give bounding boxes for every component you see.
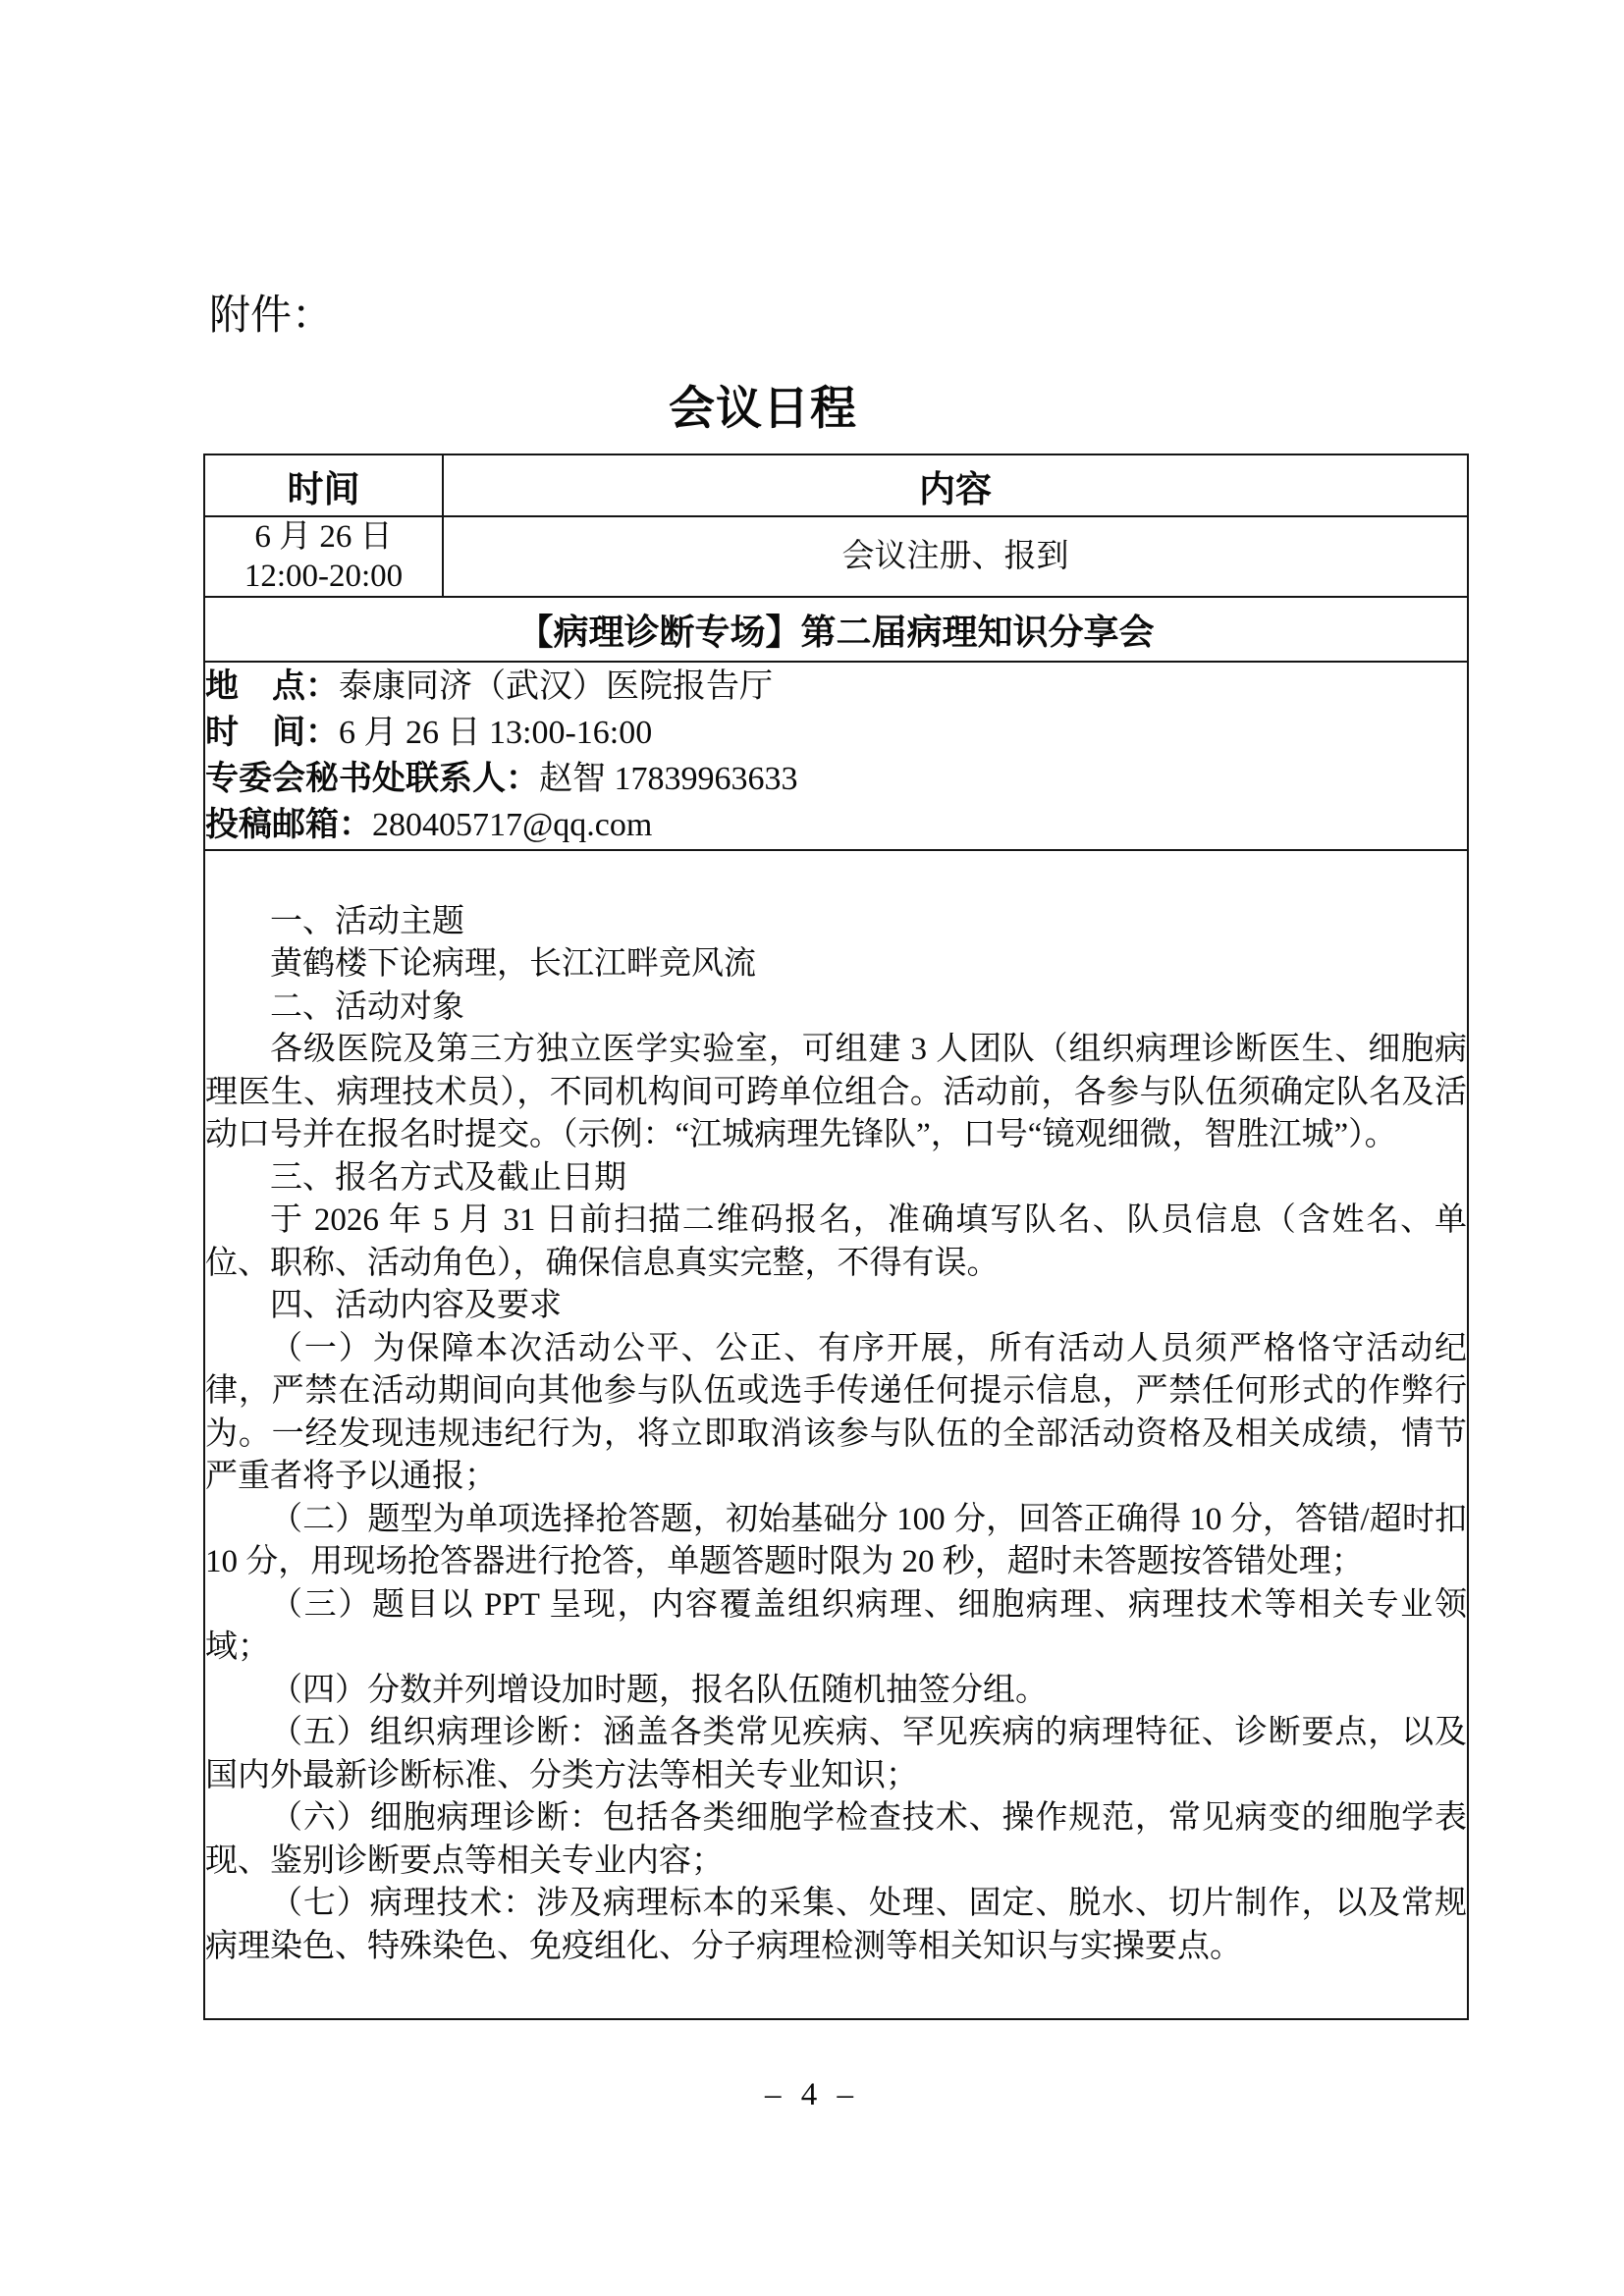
- session-header: 【病理诊断专场】第二届病理知识分享会: [204, 597, 1468, 662]
- registration-time-cell: 6 月 26 日 12:00-20:00: [204, 516, 443, 597]
- info-line-contact: 专委会秘书处联系人：赵智 17839963633: [205, 756, 1467, 802]
- registration-date: 6 月 26 日: [205, 517, 442, 557]
- email-value: 280405717@qq.com: [372, 807, 652, 843]
- column-header-content: 内容: [443, 454, 1468, 516]
- session-info-row: 地 点：泰康同济（武汉）医院报告厅 时 间：6 月 26 日 13:00-16:…: [204, 662, 1468, 850]
- location-value: 泰康同济（武汉）医院报告厅: [339, 668, 773, 705]
- page-number: – 4 –: [0, 2077, 1624, 2113]
- email-label: 投稿邮箱：: [205, 806, 372, 843]
- info-line-email: 投稿邮箱：280405717@qq.com: [205, 802, 1467, 848]
- info-line-location: 地 点：泰康同济（武汉）医院报告厅: [205, 664, 1467, 710]
- session-info-cell: 地 点：泰康同济（武汉）医院报告厅 时 间：6 月 26 日 13:00-16:…: [204, 662, 1468, 850]
- time-value: 6 月 26 日 13:00-16:00: [339, 715, 652, 751]
- registration-time-range: 12:00-20:00: [205, 557, 442, 596]
- table-header-row: 时间 内容: [204, 454, 1468, 516]
- location-label: 地 点：: [205, 667, 339, 705]
- registration-content-cell: 会议注册、报到: [443, 516, 1468, 597]
- session-body-cell: 一、活动主题 黄鹤楼下论病理，长江江畔竞风流 二、活动对象 各级医院及第三方独立…: [204, 850, 1468, 2019]
- session-body-row: 一、活动主题 黄鹤楼下论病理，长江江畔竞风流 二、活动对象 各级医院及第三方独立…: [204, 850, 1468, 2019]
- column-header-time: 时间: [204, 454, 443, 516]
- body-paragraph: 于 2026 年 5 月 31 日前扫描二维码报名，准确填写队名、队员信息（含姓…: [205, 1200, 1467, 1285]
- body-paragraph: （七）病理技术：涉及病理标本的采集、处理、固定、脱水、切片制作，以及常规病理染色…: [205, 1883, 1467, 1968]
- body-paragraph: 黄鹤楼下论病理，长江江畔竞风流: [205, 943, 1467, 987]
- body-paragraph: （四）分数并列增设加时题，报名队伍随机抽签分组。: [205, 1670, 1467, 1713]
- contact-value: 赵智 17839963633: [539, 761, 798, 797]
- body-paragraph: 一、活动主题: [205, 901, 1467, 944]
- body-paragraph: 四、活动内容及要求: [205, 1285, 1467, 1328]
- document-page: 附件： 会议日程 时间 内容 6 月 26 日 12:00-20:00 会议注册…: [0, 0, 1624, 2296]
- agenda-table: 时间 内容 6 月 26 日 12:00-20:00 会议注册、报到 【病理诊断…: [203, 454, 1469, 2020]
- body-paragraph: （三）题目以 PPT 呈现，内容覆盖组织病理、细胞病理、病理技术等相关专业领域；: [205, 1584, 1467, 1670]
- body-paragraph: （六）细胞病理诊断：包括各类细胞学检查技术、操作规范，常见病变的细胞学表现、鉴别…: [205, 1797, 1467, 1883]
- session-header-row: 【病理诊断专场】第二届病理知识分享会: [204, 597, 1468, 662]
- registration-row: 6 月 26 日 12:00-20:00 会议注册、报到: [204, 516, 1468, 597]
- body-paragraph: 二、活动对象: [205, 987, 1467, 1030]
- info-line-time: 时 间：6 月 26 日 13:00-16:00: [205, 710, 1467, 756]
- body-paragraph: （二）题型为单项选择抢答题，初始基础分 100 分，回答正确得 10 分，答错/…: [205, 1499, 1467, 1584]
- attachment-label: 附件：: [209, 293, 333, 340]
- body-paragraph: 各级医院及第三方独立医学实验室，可组建 3 人团队（组织病理诊断医生、细胞病理医…: [205, 1029, 1467, 1157]
- page-title: 会议日程: [669, 383, 857, 436]
- body-paragraph: 三、报名方式及截止日期: [205, 1157, 1467, 1201]
- body-paragraph: （一）为保障本次活动公平、公正、有序开展，所有活动人员须严格恪守活动纪律，严禁在…: [205, 1328, 1467, 1499]
- body-paragraph: （五）组织病理诊断：涵盖各类常见疾病、罕见疾病的病理特征、诊断要点，以及国内外最…: [205, 1712, 1467, 1797]
- time-label: 时 间：: [205, 714, 339, 751]
- contact-label: 专委会秘书处联系人：: [205, 760, 539, 797]
